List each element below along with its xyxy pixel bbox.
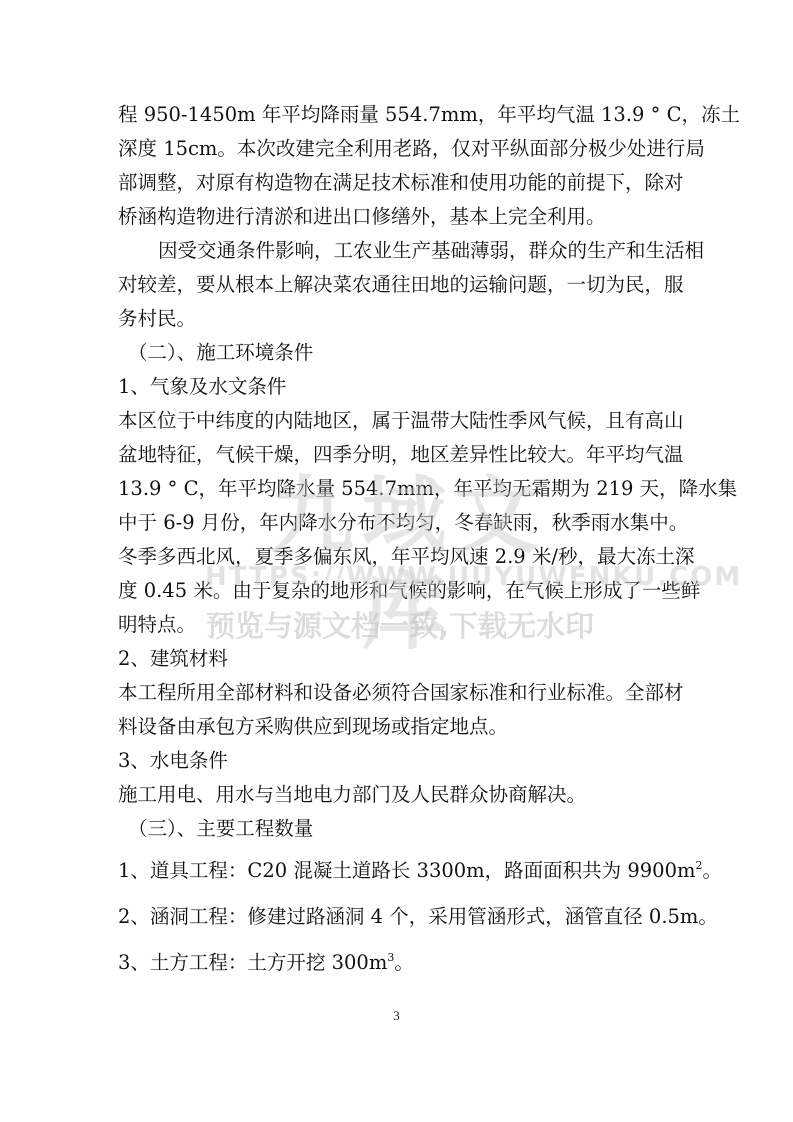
subsection-heading-weather-hydrology: 1、气象及水文条件	[118, 370, 674, 404]
document-page: 程 950-1450m 年平均降雨量 554.7mm，年平均气温 13.9 ° …	[0, 0, 793, 1122]
subsection-heading-building-materials: 2、建筑材料	[118, 642, 674, 676]
paragraph-traffic-conditions: 因受交通条件影响，工农业生产基础薄弱，群众的生产和生活相 对较差，要从根本上解决…	[118, 234, 674, 336]
section-heading-main-quantities: （三）、主要工程数量	[118, 812, 674, 846]
text-line: 明特点。	[118, 608, 674, 642]
text-line: 冬季多西北风，夏季多偏东风，年平均风速 2.9 米/秒，最大冻土深	[118, 540, 674, 574]
text-line: 盆地特征，气候干燥，四季分明，地区差异性比较大。年平均气温	[118, 438, 674, 472]
quantity-item-earthwork: 3、土方工程：土方开挖 300m3。	[118, 944, 674, 982]
text-line: 料设备由承包方采购供应到现场或指定地点。	[118, 710, 674, 744]
text-line: 本区位于中纬度的内陆地区，属于温带大陆性季风气候，且有高山	[118, 404, 674, 438]
text-line: 程 950-1450m 年平均降雨量 554.7mm，年平均气温 13.9 ° …	[118, 98, 674, 132]
subsection-heading-water-electricity: 3、水电条件	[118, 744, 674, 778]
quantities-list: 1、道具工程：C20 混凝土道路长 3300m，路面面积共为 9900m2。 2…	[118, 852, 674, 982]
text-line: 本工程所用全部材料和设备必须符合国家标准和行业标准。全部材	[118, 676, 674, 710]
text-line: 部调整，对原有构造物在满足技术标准和使用功能的前提下，除对	[118, 166, 674, 200]
text-line: 务村民。	[118, 302, 674, 336]
quantity-item-road: 1、道具工程：C20 混凝土道路长 3300m，路面面积共为 9900m2。	[118, 852, 674, 890]
paragraph-water-electricity: 施工用电、用水与当地电力部门及人民群众协商解决。	[118, 778, 674, 812]
quantity-item-culvert: 2、涵洞工程：修建过路涵洞 4 个，采用管涵形式，涵管直径 0.5m。	[118, 898, 674, 936]
paragraph-building-materials: 本工程所用全部材料和设备必须符合国家标准和行业标准。全部材 料设备由承包方采购供…	[118, 676, 674, 744]
text-line: 13.9 ° C，年平均降水量 554.7mm，年平均无霜期为 219 天，降水…	[118, 472, 674, 506]
paragraph-climate-summary: 程 950-1450m 年平均降雨量 554.7mm，年平均气温 13.9 ° …	[118, 98, 674, 234]
section-heading-construction-environment: （二）、施工环境条件	[118, 336, 674, 370]
text-line: 因受交通条件影响，工农业生产基础薄弱，群众的生产和生活相	[118, 234, 674, 268]
page-content: 程 950-1450m 年平均降雨量 554.7mm，年平均气温 13.9 ° …	[118, 98, 674, 982]
text-line: 中于 6-9 月份，年内降水分布不均匀，冬春缺雨，秋季雨水集中。	[118, 506, 674, 540]
text-line: 度 0.45 米。由于复杂的地形和气候的影响，在气候上形成了一些鲜	[118, 574, 674, 608]
paragraph-weather-hydrology: 本区位于中纬度的内陆地区，属于温带大陆性季风气候，且有高山 盆地特征，气候干燥，…	[118, 404, 674, 642]
text-line: 对较差，要从根本上解决菜农通往田地的运输问题，一切为民，服	[118, 268, 674, 302]
page-number: 3	[0, 1008, 793, 1024]
text-line: 深度 15cm。本次改建完全利用老路，仅对平纵面部分极少处进行局	[118, 132, 674, 166]
text-line: 桥涵构造物进行清淤和进出口修缮外，基本上完全利用。	[118, 200, 674, 234]
text-line: 施工用电、用水与当地电力部门及人民群众协商解决。	[118, 778, 674, 812]
